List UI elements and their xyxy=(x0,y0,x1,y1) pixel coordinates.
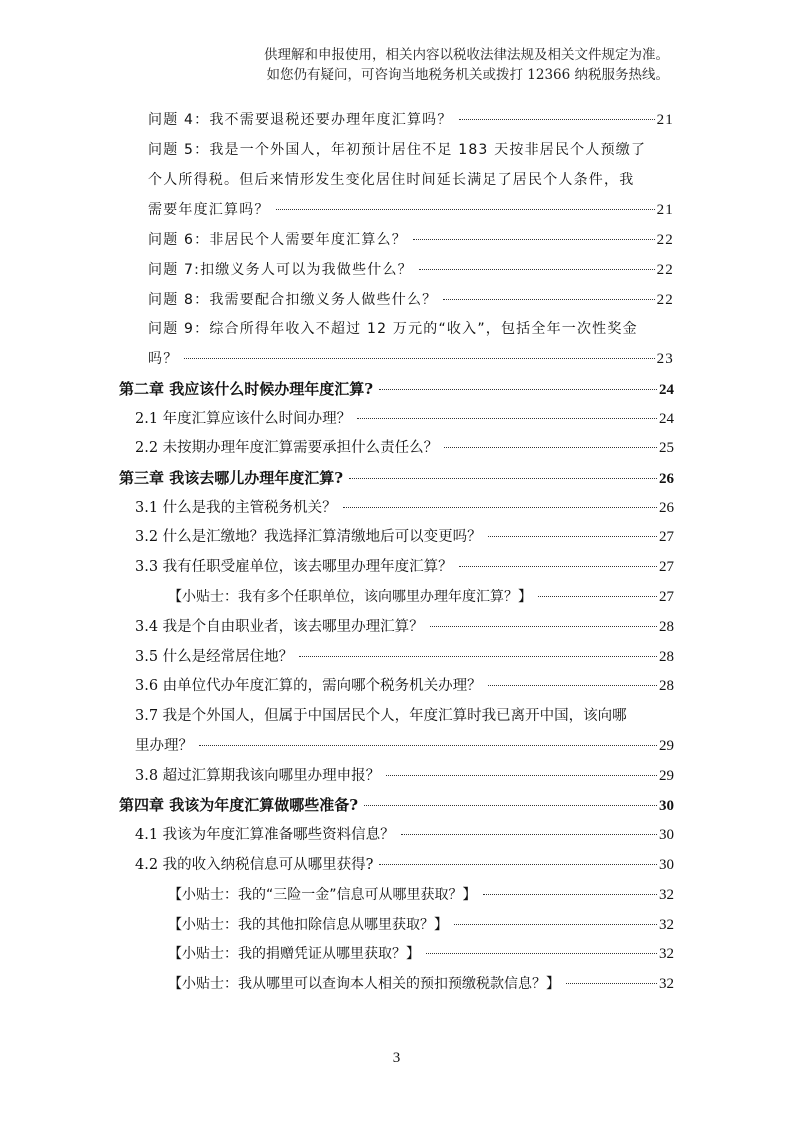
toc-entry-page: 32 xyxy=(659,943,674,965)
toc-entry-title: 【小贴士：我的“三险一金”信息可从哪里获取？】 xyxy=(168,884,477,906)
toc-entry-page: 21 xyxy=(657,199,674,221)
toc-entry-page: 24 xyxy=(659,379,674,401)
toc-tip[interactable]: 【小贴士：我从哪里可以查询本人相关的预扣预缴税款信息？】 32 xyxy=(168,973,674,995)
toc-entry-page: 23 xyxy=(657,348,674,370)
table-of-contents: 问题 4：我不需要退税还要办理年度汇算吗？ 21 问题 5：我是一个外国人，年初… xyxy=(0,0,793,1122)
toc-entry-page: 27 xyxy=(659,526,674,548)
toc-entry-page: 27 xyxy=(659,556,674,578)
toc-section[interactable]: 里办理？ 29 xyxy=(135,735,674,757)
toc-entry-page: 21 xyxy=(657,109,674,131)
dot-leader xyxy=(357,418,657,419)
dot-leader xyxy=(379,389,657,390)
toc-section[interactable]: 4.1 我该为年度汇算准备哪些资料信息？ 30 xyxy=(135,824,674,846)
toc-entry-title: 3.2 什么是汇缴地？我选择汇算清缴地后可以变更吗？ xyxy=(135,526,482,548)
toc-entry-title: 问题 6：非居民个人需要年度汇算么？ xyxy=(148,229,407,251)
toc-entry-title: 【小贴士：我从哪里可以查询本人相关的预扣预缴税款信息？】 xyxy=(168,973,560,995)
toc-section[interactable]: 3.1 什么是我的主管税务机关？ 26 xyxy=(135,497,674,519)
dot-leader xyxy=(401,834,657,835)
dot-leader xyxy=(349,478,657,479)
toc-entry[interactable]: 问题 6：非居民个人需要年度汇算么？ 22 xyxy=(148,229,674,251)
toc-entry-page: 32 xyxy=(659,884,674,906)
toc-entry-page: 32 xyxy=(659,973,674,995)
dot-leader xyxy=(386,775,657,776)
toc-entry-page: 29 xyxy=(659,735,674,757)
toc-entry-title: 4.2 我的收入纳税信息可从哪里获得? xyxy=(135,854,373,876)
dot-leader xyxy=(419,269,655,270)
toc-chapter-title: 第三章 我该去哪儿办理年度汇算? xyxy=(119,467,343,489)
toc-entry[interactable]: 问题 7:扣缴义务人可以为我做些什么？ 22 xyxy=(148,259,674,281)
dot-leader xyxy=(488,685,657,686)
toc-chapter[interactable]: 第四章 我该为年度汇算做哪些准备? 30 xyxy=(119,794,674,816)
toc-entry-title: 【小贴士：我的其他扣除信息从哪里获取？】 xyxy=(168,914,448,936)
toc-entry[interactable]: 问题 8：我需要配合扣缴义务人做些什么？ 22 xyxy=(148,289,674,311)
dot-leader xyxy=(459,566,657,567)
toc-section[interactable]: 4.2 我的收入纳税信息可从哪里获得? 30 xyxy=(135,854,674,876)
dot-leader xyxy=(199,745,657,746)
toc-section[interactable]: 3.6 由单位代办年度汇算的，需向哪个税务机关办理？ 28 xyxy=(135,675,674,697)
toc-entry-title: 4.1 我该为年度汇算准备哪些资料信息？ xyxy=(135,824,395,846)
toc-entry-title: 2.2 未按期办理年度汇算需要承担什么责任么？ xyxy=(135,437,438,459)
dot-leader xyxy=(343,507,657,508)
toc-section[interactable]: 2.2 未按期办理年度汇算需要承担什么责任么？ 25 xyxy=(135,437,674,459)
dot-leader xyxy=(538,596,657,597)
toc-entry-page: 30 xyxy=(659,824,674,846)
toc-entry-title: 问题 5：我是一个外国人，年初预计居住不足 183 天按非居民个人预缴了 xyxy=(148,142,646,158)
toc-entry-page: 26 xyxy=(659,497,674,519)
dot-leader xyxy=(413,239,655,240)
toc-entry-page: 26 xyxy=(659,468,674,490)
dot-leader xyxy=(444,447,657,448)
dot-leader xyxy=(566,983,657,984)
toc-section[interactable]: 3.3 我有任职受雇单位，该去哪里办理年度汇算？ 27 xyxy=(135,556,674,578)
toc-entry-title: 问题 4：我不需要退税还要办理年度汇算吗？ xyxy=(148,109,453,131)
toc-entry-page: 28 xyxy=(659,616,674,638)
toc-entry-page: 30 xyxy=(659,854,674,876)
toc-entry-line[interactable]: 问题 9：综合所得年收入不超过 12 万元的“收入”，包括全年一次性奖金 xyxy=(148,318,674,340)
dot-leader xyxy=(488,536,657,537)
toc-entry-title: 3.1 什么是我的主管税务机关？ xyxy=(135,497,337,519)
toc-entry-page: 28 xyxy=(659,646,674,668)
toc-entry-line[interactable]: 3.7 我是个外国人，但属于中国居民个人，年度汇算时我已离开中国，该向哪 xyxy=(135,705,674,727)
dot-leader xyxy=(430,626,657,627)
toc-section[interactable]: 2.1 年度汇算应该什么时间办理？ 24 xyxy=(135,408,674,430)
dot-leader xyxy=(364,805,657,806)
dot-leader xyxy=(443,299,654,300)
toc-entry-page: 25 xyxy=(659,437,674,459)
toc-entry-page: 28 xyxy=(659,675,674,697)
toc-entry-title: 【小贴士：我的捐赠凭证从哪里获取？】 xyxy=(168,943,420,965)
toc-entry-page: 22 xyxy=(657,259,674,281)
toc-entry-title: 3.6 由单位代办年度汇算的，需向哪个税务机关办理？ xyxy=(135,675,482,697)
toc-entry-title: 2.1 年度汇算应该什么时间办理？ xyxy=(135,408,351,430)
toc-entry-title: 3.5 什么是经常居住地？ xyxy=(135,646,293,668)
toc-entry-title: 【小贴士：我有多个任职单位，该向哪里办理年度汇算？】 xyxy=(168,586,532,608)
dot-leader xyxy=(184,358,654,359)
dot-leader xyxy=(454,924,657,925)
toc-entry-page: 22 xyxy=(657,289,674,311)
toc-entry[interactable]: 需要年度汇算吗？ 21 xyxy=(148,199,674,221)
toc-tip[interactable]: 【小贴士：我的“三险一金”信息可从哪里获取？】 32 xyxy=(168,884,674,906)
toc-chapter[interactable]: 第三章 我该去哪儿办理年度汇算? 26 xyxy=(119,467,674,489)
toc-section[interactable]: 3.4 我是个自由职业者，该去哪里办理汇算？ 28 xyxy=(135,616,674,638)
dot-leader xyxy=(426,953,657,954)
toc-entry-title: 3.3 我有任职受雇单位，该去哪里办理年度汇算？ xyxy=(135,556,453,578)
toc-entry-title: 需要年度汇算吗？ xyxy=(148,199,270,221)
toc-tip[interactable]: 【小贴士：我的捐赠凭证从哪里获取？】 32 xyxy=(168,943,674,965)
toc-chapter-title: 第四章 我该为年度汇算做哪些准备? xyxy=(119,794,358,816)
dot-leader xyxy=(379,864,657,865)
toc-entry-page: 30 xyxy=(659,795,674,817)
toc-section[interactable]: 3.5 什么是经常居住地？ 28 xyxy=(135,646,674,668)
toc-entry-line[interactable]: 问题 5：我是一个外国人，年初预计居住不足 183 天按非居民个人预缴了 xyxy=(148,139,674,161)
toc-entry-title: 里办理？ xyxy=(135,735,193,757)
toc-entry-title: 吗？ xyxy=(148,348,178,370)
toc-entry-title: 3.4 我是个自由职业者，该去哪里办理汇算？ xyxy=(135,616,424,638)
toc-entry-page: 32 xyxy=(659,914,674,936)
toc-entry-title: 问题 9：综合所得年收入不超过 12 万元的“收入”，包括全年一次性奖金 xyxy=(148,321,638,337)
toc-entry[interactable]: 吗？ 23 xyxy=(148,348,674,370)
dot-leader xyxy=(459,119,655,120)
dot-leader xyxy=(276,209,655,210)
toc-chapter-title: 第二章 我应该什么时候办理年度汇算? xyxy=(119,378,373,400)
toc-tip[interactable]: 【小贴士：我的其他扣除信息从哪里获取？】 32 xyxy=(168,914,674,936)
toc-entry-title: 问题 8：我需要配合扣缴义务人做些什么？ xyxy=(148,289,437,311)
toc-entry-title: 个人所得税。但后来情形发生变化居住时间延长满足了居民个人条件，我 xyxy=(148,172,634,188)
toc-entry-page: 24 xyxy=(659,408,674,430)
toc-entry-page: 27 xyxy=(659,586,674,608)
toc-entry-title: 3.8 超过汇算期我该向哪里办理申报？ xyxy=(135,765,380,787)
toc-entry-page: 29 xyxy=(659,765,674,787)
toc-tip[interactable]: 【小贴士：我有多个任职单位，该向哪里办理年度汇算？】 27 xyxy=(168,586,674,608)
toc-entry-title: 3.7 我是个外国人，但属于中国居民个人，年度汇算时我已离开中国，该向哪 xyxy=(135,708,627,724)
page-number: 3 xyxy=(0,1050,793,1067)
toc-entry-line[interactable]: 个人所得税。但后来情形发生变化居住时间延长满足了居民个人条件，我 xyxy=(148,169,674,191)
toc-chapter[interactable]: 第二章 我应该什么时候办理年度汇算? 24 xyxy=(119,378,674,400)
toc-entry-title: 问题 7:扣缴义务人可以为我做些什么？ xyxy=(148,259,413,281)
toc-section[interactable]: 3.8 超过汇算期我该向哪里办理申报？ 29 xyxy=(135,765,674,787)
dot-leader xyxy=(483,894,657,895)
toc-section[interactable]: 3.2 什么是汇缴地？我选择汇算清缴地后可以变更吗？ 27 xyxy=(135,526,674,548)
toc-entry[interactable]: 问题 4：我不需要退税还要办理年度汇算吗？ 21 xyxy=(148,109,674,131)
dot-leader xyxy=(299,656,657,657)
toc-entry-page: 22 xyxy=(657,229,674,251)
